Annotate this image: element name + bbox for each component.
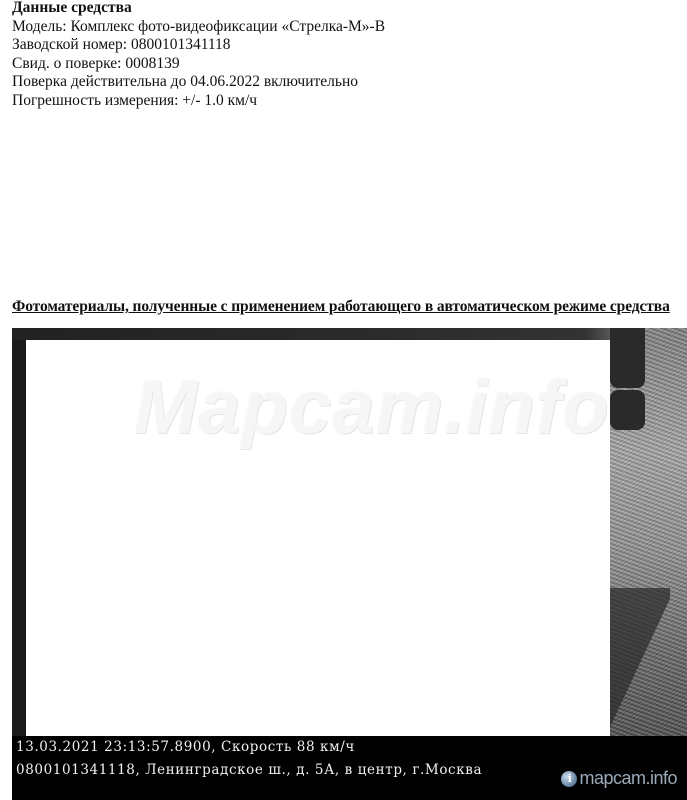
lane-marking	[610, 588, 670, 738]
barrier-post	[610, 390, 645, 430]
info-icon: i	[561, 771, 577, 787]
measurement-error: Погрешность измерения: +/- 1.0 км/ч	[12, 92, 385, 111]
photo-section-heading: Фотоматериалы, полученные с применением …	[12, 298, 670, 316]
road-scene	[610, 328, 687, 738]
device-model: Модель: Комплекс фото-видеофиксации «Стр…	[12, 18, 385, 37]
caption-location: 0800101341118, Ленинградское ш., д. 5А, …	[16, 762, 482, 778]
verification-certificate: Свид. о поверке: 0008139	[12, 55, 385, 74]
logo-text: mapcam.info	[579, 768, 677, 789]
caption-timestamp-speed: 13.03.2021 23:13:57.8900, Скорость 88 км…	[16, 739, 355, 755]
mapcam-logo: i mapcam.info	[561, 768, 677, 789]
device-serial-number: Заводской номер: 0800101341118	[12, 36, 385, 55]
redacted-area: Mapcam.info	[26, 340, 610, 736]
barrier-post	[610, 328, 645, 388]
photo-caption: 13.03.2021 23:13:57.8900, Скорость 88 км…	[12, 736, 687, 800]
device-info-title: Данные средства	[12, 0, 385, 18]
device-info: Данные средства Модель: Комплекс фото-ви…	[12, 0, 385, 110]
verification-valid-until: Поверка действительна до 04.06.2022 вклю…	[12, 73, 385, 92]
violation-photo: Mapcam.info 13.03.2021 23:13:57.8900, Ск…	[12, 328, 687, 800]
watermark: Mapcam.info	[134, 364, 610, 451]
photo-top-band	[12, 328, 687, 340]
